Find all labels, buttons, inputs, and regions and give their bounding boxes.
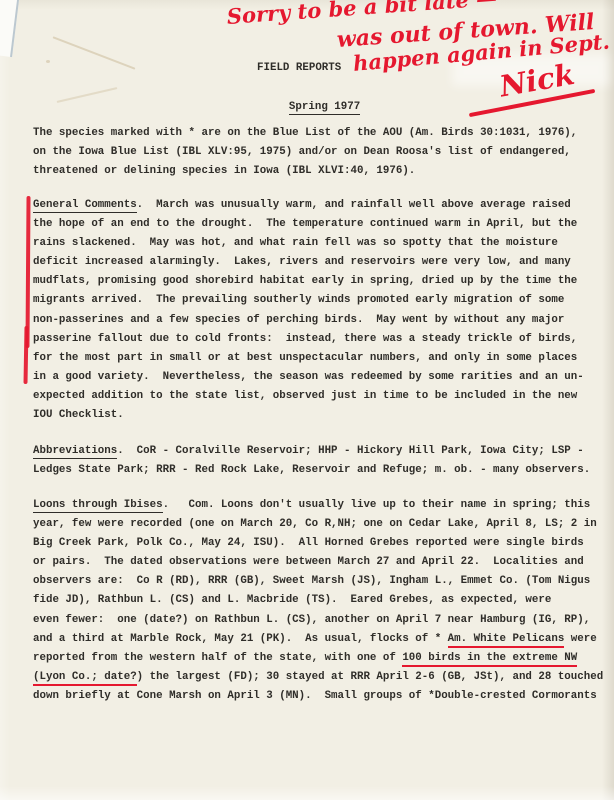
paper-stain	[57, 87, 118, 103]
page-subtitle-text: Spring 1977	[289, 101, 360, 115]
text-line: The species marked with * are on the Blu…	[33, 124, 577, 143]
text-line: year, few were recorded (one on March 20…	[33, 515, 603, 534]
text-line: (Lyon Co.; date?) the largest (FD); 30 s…	[33, 668, 603, 687]
text-line: fide JD), Rathbun L. (CS) and L. Macbrid…	[33, 591, 603, 610]
text-line: reported from the western half of the st…	[33, 649, 603, 668]
text-line: migrants arrived. The prevailing souther…	[33, 291, 584, 310]
paper-stain	[46, 60, 50, 63]
text-line: observers are: Co R (RD), RRR (GB), Swee…	[33, 572, 603, 591]
text-line: IOU Checklist.	[33, 406, 584, 425]
page-title: FIELD REPORTS	[257, 62, 341, 74]
text-line: the hope of an end to the drought. The t…	[33, 215, 584, 234]
text-line: threatened or delining species in Iowa (…	[33, 162, 577, 181]
text-line: on the Iowa Blue List (IBL XLV:95, 1975)…	[33, 143, 577, 162]
text-line: down briefly at Cone Marsh on April 3 (M…	[33, 687, 603, 706]
text-line: even fewer: one (date?) on Rathbun L. (C…	[33, 611, 603, 630]
paragraph-general-comments: General Comments. March was unusually wa…	[33, 196, 584, 425]
scanned-document-page: Sorry to be a bit late — was out of town…	[0, 0, 614, 800]
text-line: rains slackened. May was hot, and what r…	[33, 234, 584, 253]
page-subtitle: Spring 1977	[263, 89, 360, 125]
text-line: Abbreviations. CoR - Coralville Reservoi…	[33, 442, 590, 461]
text-line: deficit increased alarmingly. Lakes, riv…	[33, 253, 584, 272]
text-line: Loons through Ibises. Com. Loons don't u…	[33, 496, 603, 515]
underlying-page-corner	[0, 0, 20, 57]
text-line: expected addition to the state list, obs…	[33, 387, 584, 406]
underlined-heading: Abbreviations	[33, 445, 117, 459]
text-line: in a good variety. Nevertheless, the sea…	[33, 368, 584, 387]
underlined-heading: Loons through Ibises	[33, 499, 163, 513]
paper-stain	[53, 36, 136, 69]
text-line: non-passerines and a few species of perc…	[33, 311, 584, 330]
red-underlined-phrase: 100 birds in the extreme NW	[402, 652, 577, 668]
red-underlined-phrase: Am. White Pelicans	[448, 633, 565, 649]
text-line: for the most part in small or at best un…	[33, 349, 584, 368]
paragraph-abbreviations: Abbreviations. CoR - Coralville Reservoi…	[33, 442, 590, 480]
underlined-heading: General Comments	[33, 199, 137, 213]
text-line: General Comments. March was unusually wa…	[33, 196, 584, 215]
red-margin-line	[23, 326, 28, 384]
text-line: and a third at Marble Rock, May 21 (PK).…	[33, 630, 603, 649]
text-line: Big Creek Park, Polk Co., May 24, ISU). …	[33, 534, 603, 553]
text-line: mudflats, promising good shorebird habit…	[33, 272, 584, 291]
text-line: or pairs. The dated observations were be…	[33, 553, 603, 572]
red-underlined-phrase: (Lyon Co.; date?	[33, 671, 137, 687]
text-line: passerine fallout due to cold fronts: in…	[33, 330, 584, 349]
paragraph-intro: The species marked with * are on the Blu…	[33, 124, 577, 181]
paragraph-loons-through-ibises: Loons through Ibises. Com. Loons don't u…	[33, 496, 603, 706]
text-line: Ledges State Park; RRR - Red Rock Lake, …	[33, 461, 590, 480]
